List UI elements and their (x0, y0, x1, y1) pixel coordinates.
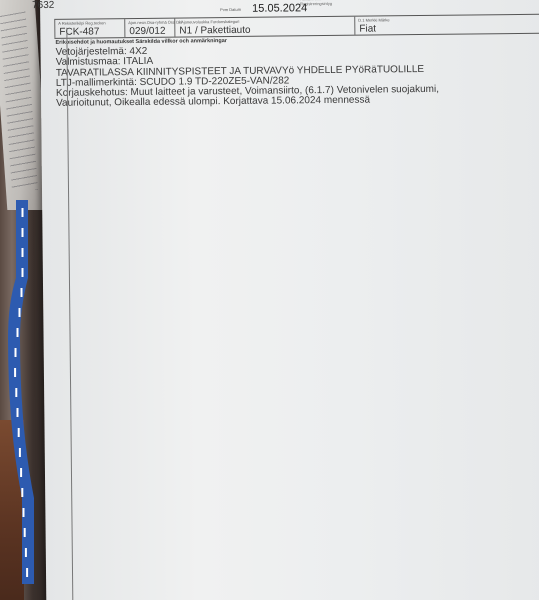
remarks-title: Erikoisehdot ja huomautukset Särskilda v… (55, 38, 227, 46)
field-label: D.1 Merkki Märke (358, 17, 389, 22)
field-make: D.1 Merkki Märke Fiat (354, 15, 539, 35)
date-value: 15.05.2024 (252, 2, 307, 15)
header-fragment: Rekisteröintitodistus / Registreringsint… (300, 0, 370, 6)
vehicle-fields-table: A Rekisterikilpi Reg.tecken FCK-487 Ajon… (54, 14, 539, 39)
field-label: J Ajoneuvoluokka Fordonskategori (178, 19, 239, 25)
road-stripe-icon (6, 198, 34, 586)
field-type-code: Ajon.neuv.Osa-ryhmä Osa Del 029/012 (124, 19, 175, 38)
book-text-lines (0, 10, 38, 190)
date-label: Pvm Datum (220, 7, 241, 12)
field-value: FCK-487 (59, 26, 99, 37)
field-value: 029/012 (129, 26, 165, 37)
reference-number: 7632 (32, 0, 54, 11)
margin-line (66, 28, 73, 600)
registration-document: 7632 Rekisteröintitodistus / Registrerin… (40, 0, 539, 600)
field-vehicle-class: J Ajoneuvoluokka Fordonskategori N1 / Pa… (174, 17, 355, 37)
field-value: N1 / Pakettiauto (179, 25, 250, 37)
remark-line: Vaurioitunut, Oikealla edessä ulompi. Ko… (56, 95, 439, 109)
field-label: A Rekisterikilpi Reg.tecken (58, 20, 105, 25)
remarks-text: Vetojärjestelmä: 4X2 Valmistusmaa: ITALI… (56, 44, 440, 110)
field-registration: A Rekisterikilpi Reg.tecken FCK-487 (54, 19, 125, 38)
field-value: Fiat (359, 23, 376, 34)
